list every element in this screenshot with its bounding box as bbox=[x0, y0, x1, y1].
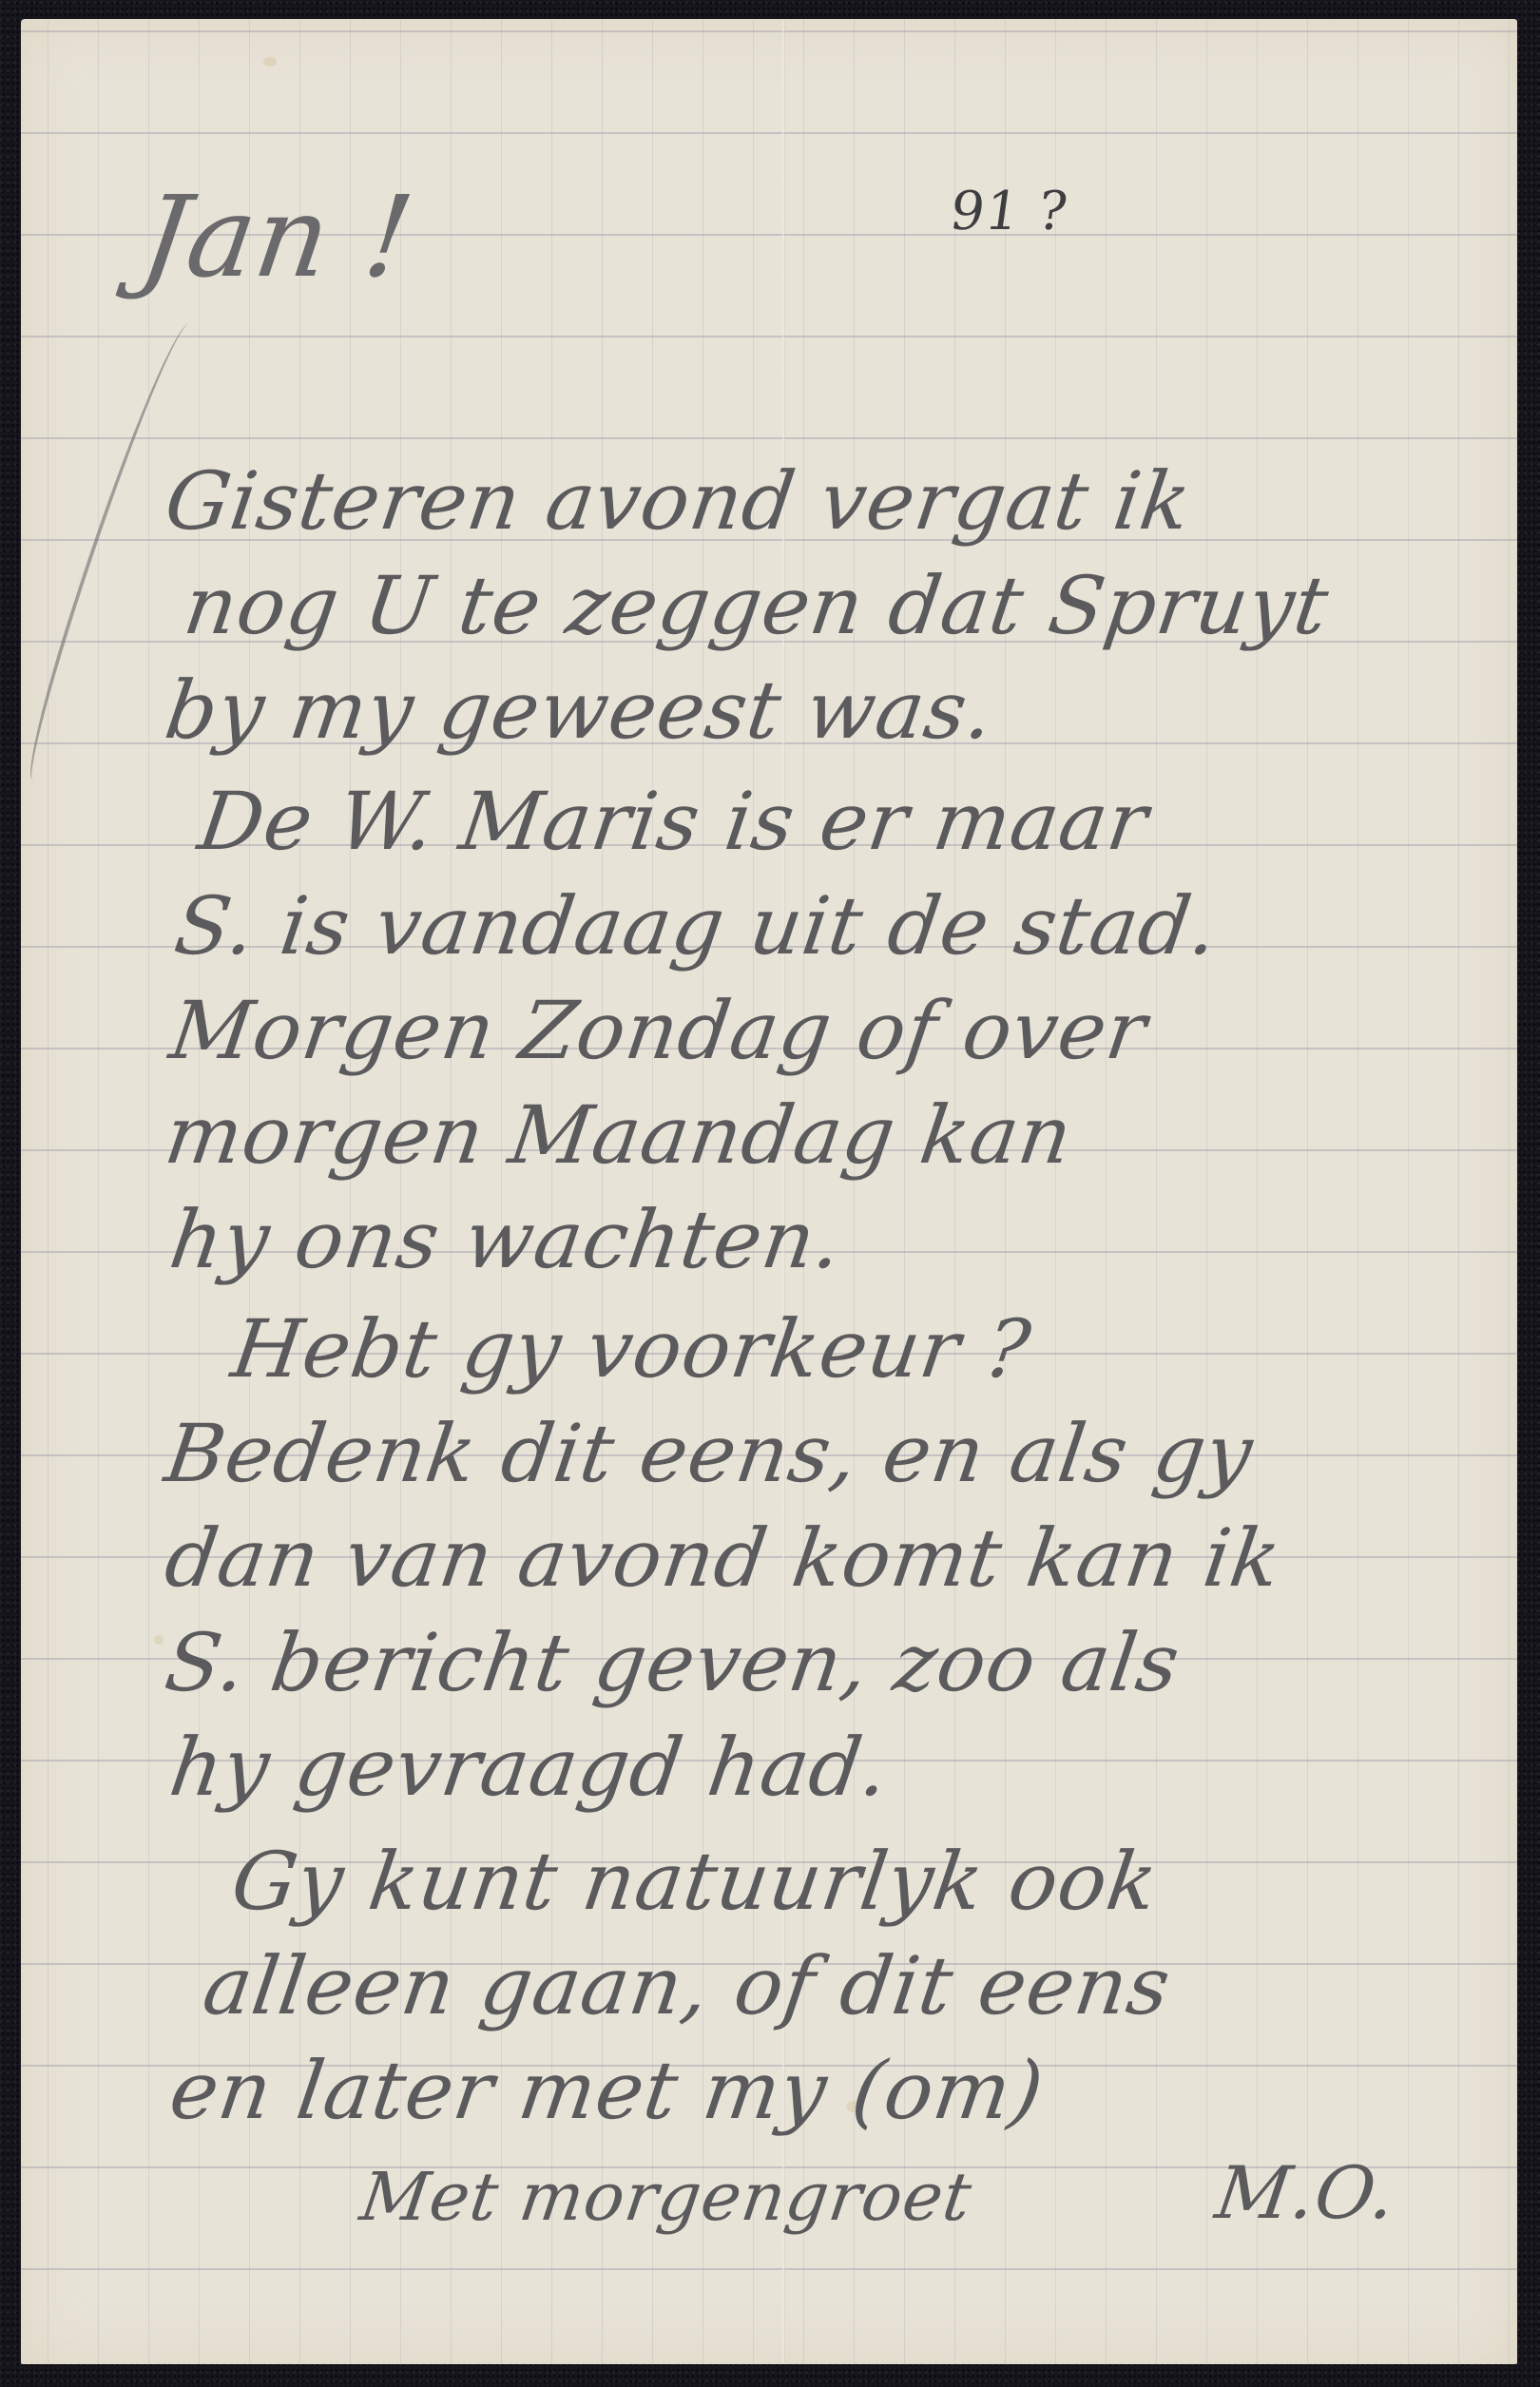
letter-line: en later met my (om) bbox=[164, 2044, 1049, 2137]
paper-stain bbox=[263, 57, 277, 67]
salutation: Jan ! bbox=[133, 171, 421, 302]
signature: M.O. bbox=[1211, 2150, 1402, 2235]
letter-line: hy ons wachten. bbox=[164, 1193, 848, 1286]
letter-line: Morgen Zondag of over bbox=[164, 984, 1152, 1077]
closing-greeting: Met morgengroet bbox=[356, 2158, 976, 2236]
letter-line: Gy kunt natuurlyk ook bbox=[226, 1835, 1164, 1928]
folio-number: 91 ? bbox=[946, 181, 1071, 242]
letter-line: Gisteren avond vergat ik bbox=[160, 454, 1197, 548]
letter-line: S. is vandaag uit de stad. bbox=[169, 879, 1223, 972]
letter-line: Hebt gy voorkeur ? bbox=[226, 1302, 1036, 1396]
letter-line: De W. Maris is er maar bbox=[193, 775, 1154, 868]
letter-line: dan van avond komt kan ik bbox=[160, 1511, 1287, 1605]
letter-line: alleen gaan, of dit eens bbox=[198, 1939, 1176, 2032]
letter-line: morgen Maandag kan bbox=[160, 1088, 1078, 1182]
paper-stain bbox=[154, 1635, 164, 1645]
letter-line: hy gevraagd had. bbox=[164, 1721, 895, 1814]
letter-line: nog U te zeggen dat Spruyt bbox=[179, 559, 1335, 652]
letter-line: S. bericht geven, zoo als bbox=[160, 1616, 1185, 1709]
letter-line: by my geweest was. bbox=[160, 664, 1000, 757]
letter-line: Bedenk dit eens, en als gy bbox=[160, 1407, 1259, 1500]
